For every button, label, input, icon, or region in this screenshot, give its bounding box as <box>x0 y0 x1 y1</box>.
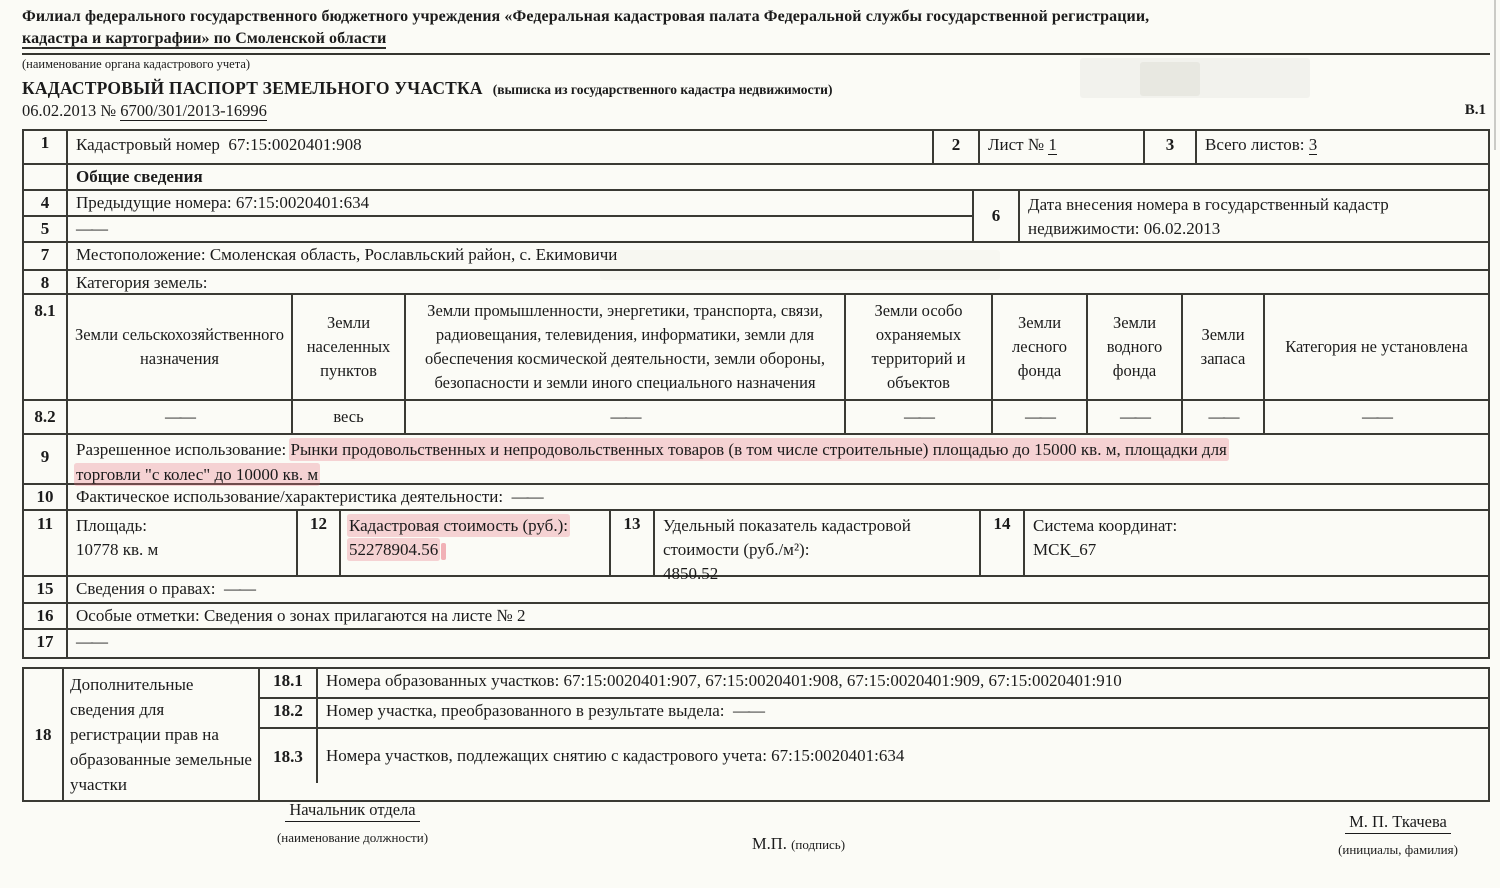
signatory-block: М. П. Ткачева (инициалы, фамилия) <box>1318 812 1478 858</box>
permitted-use-highlight-2: торговли "с колес" до 10000 кв. м <box>76 465 318 484</box>
cat-value-industry: —— <box>406 401 846 433</box>
row-7-num: 7 <box>24 243 68 269</box>
signatory-name: М. П. Ткачева <box>1345 812 1451 834</box>
page-title: КАДАСТРОВЫЙ ПАСПОРТ ЗЕМЕЛЬНОГО УЧАСТКА <box>22 78 483 99</box>
permitted-use-highlight-1: Рынки продовольственных и непродовольств… <box>291 440 1227 459</box>
row-5-num: 5 <box>24 217 68 241</box>
row-16-num: 16 <box>24 604 68 628</box>
row-16: 16 Особые отметки: Сведения о зонах прил… <box>24 604 1488 630</box>
transformed-parcel-cell: Номер участка, преобразованного в резуль… <box>318 699 1488 727</box>
area-cell: Площадь: 10778 кв. м <box>68 511 298 575</box>
signatory-caption: (инициалы, фамилия) <box>1318 842 1478 858</box>
row-3-num: 3 <box>1145 131 1197 163</box>
stamp-label: М.П. <box>752 834 787 853</box>
row-11-num: 11 <box>24 511 68 575</box>
cat-value-settlements: весь <box>293 401 406 433</box>
row-13-num: 13 <box>611 511 655 575</box>
scan-edge-artifact <box>1494 0 1496 150</box>
total-sheets-value: 3 <box>1309 135 1318 155</box>
cadastral-number-value: 67:15:0020401:908 <box>228 135 361 154</box>
cat-value-not-set: —— <box>1265 401 1488 433</box>
row-2-num: 2 <box>934 131 980 163</box>
position-caption: (наименование должности) <box>255 830 450 846</box>
row-17-dash: —— <box>68 630 1488 657</box>
general-info-label: Общие сведения <box>68 165 1488 189</box>
permitted-use-cell: Разрешенное использование: Рынки продово… <box>68 435 1488 483</box>
cat-header-reserve: Земли запаса <box>1183 295 1265 401</box>
position-block: Начальник отдела (наименование должности… <box>255 800 450 846</box>
rows-4-5: 4 Предыдущие номера: 67:15:0020401:634 5… <box>24 191 972 241</box>
removed-parcels-cell: Номера участков, подлежащих снятию с кад… <box>318 729 1488 783</box>
cadastral-value-cell: Кадастровая стоимость (руб.): 52278904.5… <box>341 511 611 575</box>
formed-parcels-cell: Номера образованных участков: 67:15:0020… <box>318 669 1488 697</box>
row-4: 4 Предыдущие номера: 67:15:0020401:634 <box>24 191 972 217</box>
row-1: 1 Кадастровый номер 67:15:0020401:908 2 … <box>24 131 1488 165</box>
org-caption: (наименование органа кадастрового учета) <box>22 57 1490 72</box>
row-8: 8 Категория земель: <box>24 271 1488 295</box>
doc-date: 06.02.2013 № <box>22 101 116 120</box>
additional-info-table: 18 Дополнительные сведения для регистрац… <box>22 667 1490 802</box>
header-rule <box>22 53 1490 55</box>
rows-11-14: 11 Площадь: 10778 кв. м 12 Кадастровая с… <box>24 511 1488 577</box>
area-value: 10778 кв. м <box>76 538 288 562</box>
main-table: 1 Кадастровый номер 67:15:0020401:908 2 … <box>22 129 1490 659</box>
row-18-2-num: 18.2 <box>260 699 318 727</box>
doc-number: 6700/301/2013-16996 <box>120 101 267 121</box>
row-15-num: 15 <box>24 577 68 602</box>
row-10-num: 10 <box>24 485 68 509</box>
cat-header-industry: Земли промышленности, энергетики, трансп… <box>406 295 846 401</box>
row-9: 9 Разрешенное использование: Рынки продо… <box>24 435 1488 485</box>
row-18-subrows: 18.1 Номера образованных участков: 67:15… <box>260 669 1488 800</box>
registration-date-cell: Дата внесения номера в государственный к… <box>1020 191 1488 241</box>
special-notes-cell: Особые отметки: Сведения о зонах прилага… <box>68 604 1488 628</box>
row-4-num: 4 <box>24 191 68 215</box>
title-row: КАДАСТРОВЫЙ ПАСПОРТ ЗЕМЕЛЬНОГО УЧАСТКА (… <box>22 78 1490 99</box>
land-category-label: Категория земель: <box>68 271 1488 293</box>
area-label: Площадь: <box>76 514 288 538</box>
cadastral-value-label: Кадастровая стоимость (руб.): <box>349 516 568 535</box>
previous-numbers: Предыдущие номера: 67:15:0020401:634 <box>68 191 972 215</box>
cadastral-value-amount: 52278904.56 <box>349 540 438 559</box>
stamp-block: М.П. (подпись) <box>752 834 845 854</box>
row-8-1-num: 8.1 <box>24 295 68 401</box>
cat-header-water: Земли водного фонда <box>1088 295 1183 401</box>
actual-use-cell: Фактическое использование/характеристика… <box>68 485 1488 509</box>
sheet-number: 1 <box>1048 135 1057 155</box>
org-name: Филиал федерального государственного бюд… <box>22 6 1490 50</box>
row-8-2-num: 8.2 <box>24 401 68 433</box>
row-8-num: 8 <box>24 271 68 293</box>
row-15: 15 Сведения о правах: —— <box>24 577 1488 604</box>
row-18-3-num: 18.3 <box>260 729 318 783</box>
row-18-1: 18.1 Номера образованных участков: 67:15… <box>260 669 1488 699</box>
cat-value-agricultural: —— <box>68 401 293 433</box>
page-subtitle: (выписка из государственного кадастра не… <box>493 82 833 98</box>
row-12-num: 12 <box>298 511 341 575</box>
land-category-table: 8.1 Земли сельскохозяйственного назначен… <box>24 295 1488 435</box>
row-17-num: 17 <box>24 630 68 657</box>
signature-caption: (подпись) <box>791 837 845 852</box>
org-name-line1: Филиал федерального государственного бюд… <box>22 6 1490 28</box>
cat-header-protected: Земли особо охраняемых территорий и объе… <box>846 295 993 401</box>
cat-header-agricultural: Земли сельскохозяйственного назначения <box>68 295 293 401</box>
row-general-info: Общие сведения <box>24 165 1488 191</box>
row-10: 10 Фактическое использование/характерист… <box>24 485 1488 511</box>
form-code: В.1 <box>1465 102 1486 119</box>
cat-value-reserve: —— <box>1183 401 1265 433</box>
cat-header-forest: Земли лесного фонда <box>993 295 1088 401</box>
row-9-num: 9 <box>24 435 68 483</box>
highlighter-mark <box>441 543 446 560</box>
row-7: 7 Местоположение: Смоленская область, Ро… <box>24 243 1488 271</box>
specific-value-label: Удельный показатель кадастровой стоимост… <box>663 516 911 559</box>
row-17: 17 —— <box>24 630 1488 657</box>
rights-info-cell: Сведения о правах: —— <box>68 577 1488 602</box>
location-cell: Местоположение: Смоленская область, Росл… <box>68 243 1488 269</box>
total-sheets-cell: Всего листов: 3 <box>1197 131 1488 163</box>
row-1-num: 1 <box>24 131 68 163</box>
row-14-num: 14 <box>981 511 1025 575</box>
cat-value-water: —— <box>1088 401 1183 433</box>
rows-4-5-6: 4 Предыдущие номера: 67:15:0020401:634 5… <box>24 191 1488 243</box>
cat-header-settlements: Земли населенных пунктов <box>293 295 406 401</box>
coord-system-cell: Система координат: МСК_67 <box>1025 511 1488 575</box>
row-general-num <box>24 165 68 189</box>
permitted-use-label: Разрешенное использование: <box>76 440 286 459</box>
signature-footer: Начальник отдела (наименование должности… <box>0 800 1500 880</box>
sheet-cell: Лист № 1 <box>980 131 1145 163</box>
document-page: Филиал федерального государственного бюд… <box>22 6 1490 802</box>
specific-value-cell: Удельный показатель кадастровой стоимост… <box>655 511 981 575</box>
cat-value-forest: —— <box>993 401 1088 433</box>
row-18-label: Дополнительные сведения для регистрации … <box>64 669 260 800</box>
org-name-line2: кадастра и картографии» по Смоленской об… <box>22 28 1490 50</box>
row-18-num: 18 <box>24 669 64 800</box>
row-18-2: 18.2 Номер участка, преобразованного в р… <box>260 699 1488 729</box>
position-title: Начальник отдела <box>285 800 419 822</box>
cat-header-not-set: Категория не установлена <box>1265 295 1488 401</box>
row-5-dash: —— <box>68 217 972 241</box>
row-5: 5 —— <box>24 217 972 241</box>
doc-number-line: 06.02.2013 № 6700/301/2013-16996 <box>22 101 1490 121</box>
cadastral-number-cell: Кадастровый номер 67:15:0020401:908 <box>68 131 934 163</box>
row-6-num: 6 <box>972 191 1020 241</box>
scanned-cadastral-passport-page: { "colors": { "highlight_pink": "#e97482… <box>0 0 1500 888</box>
cat-value-protected: —— <box>846 401 993 433</box>
coord-system-label: Система координат: <box>1033 514 1480 538</box>
coord-system-value: МСК_67 <box>1033 538 1480 562</box>
row-18-3: 18.3 Номера участков, подлежащих снятию … <box>260 729 1488 783</box>
row-18-1-num: 18.1 <box>260 669 318 697</box>
